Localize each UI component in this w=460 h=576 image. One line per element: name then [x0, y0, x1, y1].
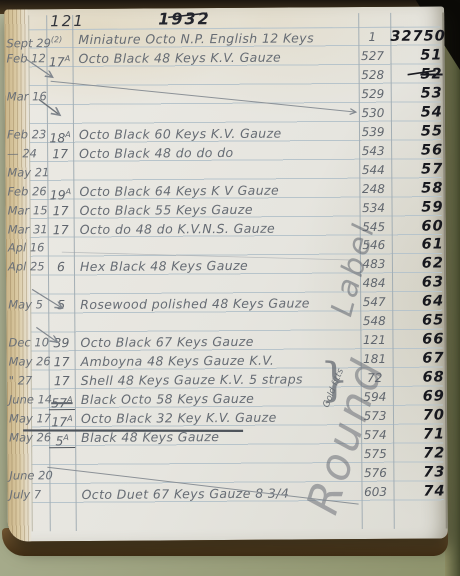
- row-qty-text: 6: [57, 260, 65, 275]
- row-serial: 575: [359, 445, 391, 464]
- row-label-text: 65: [422, 313, 444, 329]
- row-serial-text: 574: [364, 428, 387, 442]
- row-label-text: 61: [422, 237, 444, 253]
- row-desc: Octo Black 67 Keys Gauze: [80, 332, 253, 352]
- row-label-text: 63: [422, 275, 444, 291]
- row-serial-text: 528: [361, 68, 384, 82]
- row-serial-text: 527: [361, 49, 384, 63]
- row-serial-text: 1: [368, 30, 376, 44]
- row-label-text: 67: [422, 351, 444, 367]
- row-desc: Octo do 48 do K.V.N.S. Gauze: [80, 218, 276, 238]
- row-label: 74: [393, 482, 447, 501]
- row-qty: 17A: [46, 49, 72, 68]
- row-label-text: 70: [423, 407, 445, 423]
- row-desc-text: Octo Black 32 Key K.V. Gauze: [81, 410, 277, 426]
- row-label: 53: [391, 84, 445, 103]
- row-qty-text: 17: [54, 354, 70, 369]
- row-qty: 17: [47, 201, 73, 220]
- row-date-text: — 24: [7, 146, 37, 160]
- row-serial-text: 529: [361, 87, 384, 101]
- row-date: May 21: [7, 163, 53, 182]
- row-qty: 39: [48, 333, 74, 352]
- row-label: 59: [391, 198, 445, 217]
- row-date: Mar 16: [7, 87, 53, 106]
- row-label-text: 64: [422, 294, 444, 310]
- row-qty: 5: [48, 295, 74, 314]
- row-serial-text: 547: [363, 295, 386, 309]
- row-qty-text: 17: [49, 54, 65, 69]
- row-label: 73: [393, 463, 447, 482]
- row-label-text: 32750: [390, 28, 446, 44]
- row-date-text: " 27: [9, 373, 33, 387]
- row-label-text: 51: [420, 47, 442, 63]
- row-desc-text: Hex Black 48 Keys Gauze: [80, 258, 248, 274]
- row-desc-text: Octo Black 55 Keys Gauze: [79, 201, 252, 217]
- row-qty-text: 39: [53, 335, 69, 350]
- row-date-text: May 21: [7, 165, 49, 179]
- row-serial: 603: [359, 483, 391, 502]
- row-desc: Amboyna 48 Keys Gauze K.V.: [81, 351, 275, 371]
- row-label-text: 53: [421, 85, 443, 101]
- row-label-text: 71: [423, 426, 445, 442]
- row-desc-text: Black 48 Keys Gauze: [81, 429, 219, 445]
- row-serial-text: 594: [363, 390, 386, 404]
- row-qty: 6: [48, 257, 74, 276]
- row-qty-superscript: A: [65, 130, 71, 139]
- row-qty-superscript: A: [63, 433, 69, 442]
- row-label: 32750: [390, 27, 444, 46]
- row-label: 63: [392, 274, 446, 293]
- row-qty-text: 17: [54, 373, 70, 388]
- row-qty-superscript: A: [66, 187, 72, 196]
- row-serial: 594: [359, 388, 391, 407]
- row-desc: Octo Black 48 do do do: [79, 143, 234, 163]
- row-date-text: Feb 26: [7, 184, 46, 198]
- row-qty: 17A: [49, 409, 75, 428]
- row-qty-text: 17: [53, 203, 69, 218]
- row-desc: Rosewood polished 48 Keys Gauze: [80, 294, 310, 315]
- row-serial-text: 548: [363, 314, 386, 328]
- row-desc-text: Octo Black 67 Keys Gauze: [80, 334, 253, 350]
- row-label: 65: [392, 312, 446, 331]
- row-serial: 543: [357, 142, 389, 161]
- row-serial: 529: [357, 85, 389, 104]
- row-label-text: 72: [423, 445, 445, 461]
- row-date-text: July 7: [9, 487, 41, 501]
- row-date-text: Feb 23: [7, 127, 46, 141]
- row-desc-text: Octo Black 60 Keys K.V. Gauze: [79, 125, 282, 141]
- row-serial: 527: [356, 47, 388, 66]
- row-label-text: 66: [422, 332, 444, 348]
- row-serial-text: 545: [362, 219, 385, 233]
- row-serial: 530: [357, 104, 389, 123]
- row-desc: Octo Black 55 Keys Gauze: [79, 199, 252, 219]
- row-label-text: 57: [421, 161, 443, 177]
- row-label: 56: [391, 141, 445, 160]
- row-desc-text: Miniature Octo N.P. English 12 Keys: [78, 30, 314, 47]
- row-label: 52: [391, 65, 445, 84]
- row-qty: 17: [49, 371, 75, 390]
- row-serial: 544: [357, 160, 389, 179]
- row-qty-text: 17: [52, 146, 68, 161]
- row-desc-text: Rosewood polished 48 Keys Gauze: [80, 296, 310, 313]
- row-label: 67: [393, 350, 447, 369]
- row-serial-text: 546: [362, 238, 385, 252]
- row-qty-superscript: A: [65, 54, 71, 63]
- row-label: 57: [391, 160, 445, 179]
- row-serial: 248: [357, 179, 389, 198]
- row-serial-text: 576: [364, 466, 387, 480]
- row-label-text: 58: [421, 180, 443, 196]
- row-qty: 5A: [49, 428, 75, 448]
- row-serial-text: 72: [367, 371, 382, 385]
- row-desc: Octo Black 32 Key K.V. Gauze: [81, 408, 277, 428]
- row-qty: 17: [48, 220, 74, 239]
- row-date: Apl 16: [8, 239, 54, 258]
- row-desc-text: Octo Black 48 Keys K.V. Gauze: [78, 50, 281, 66]
- row-desc: Octo Duet 67 Keys Gauze 8 3/4: [81, 483, 289, 503]
- row-date-text: Apl 16: [8, 241, 45, 255]
- row-date-text: May 17: [9, 411, 51, 425]
- row-label: 66: [392, 331, 446, 350]
- row-label: 55: [391, 122, 445, 141]
- row-desc: Octo Black 48 Keys K.V. Gauze: [78, 48, 281, 68]
- row-date-text: May 26: [9, 430, 51, 444]
- row-date-text: Dec 10: [8, 335, 49, 349]
- row-label: 54: [391, 103, 445, 122]
- row-qty: 19A: [47, 182, 73, 201]
- row-label-text: 54: [421, 104, 443, 120]
- row-label-text: 55: [421, 123, 443, 139]
- row-desc: Black 48 Keys Gauze: [81, 427, 219, 447]
- row-desc: Octo Black 60 Keys K.V. Gauze: [79, 123, 282, 143]
- row-serial-text: 603: [364, 485, 387, 499]
- row-date-text: May 26: [9, 354, 51, 368]
- row-qty: 57A: [49, 390, 75, 410]
- row-serial: 574: [359, 426, 391, 445]
- row-desc: Octo Black 64 Keys K V Gauze: [79, 180, 279, 200]
- row-label-text: 52: [420, 66, 442, 82]
- row-serial-text: 543: [362, 144, 385, 158]
- row-label-text: 68: [422, 370, 444, 386]
- row-qty: 17: [49, 352, 75, 371]
- row-label-text: 62: [422, 256, 444, 272]
- row-serial-text: 121: [363, 333, 386, 347]
- row-serial: 576: [359, 464, 391, 483]
- row-serial-text: 181: [363, 352, 386, 366]
- row-label-text: 56: [421, 142, 443, 158]
- row-label: 62: [392, 255, 446, 274]
- row-serial: 546: [358, 236, 390, 255]
- row-label: 64: [392, 293, 446, 312]
- row-date: Sept 29(2): [6, 30, 52, 49]
- row-label: 71: [393, 425, 447, 444]
- row-serial-text: 530: [361, 106, 384, 120]
- row-date-text: Mar 15: [7, 203, 47, 217]
- row-date-text: June 20: [9, 468, 52, 482]
- row-label: 70: [393, 406, 447, 425]
- row-date-text: Feb 12: [6, 51, 45, 65]
- row-serial-text: 539: [362, 125, 385, 139]
- row-desc: Shell 48 Keys Gauze K.V. 5 straps: [81, 370, 303, 391]
- row-date: June 20: [9, 466, 55, 485]
- row-serial: 181: [359, 350, 391, 369]
- row-label-text: 69: [423, 389, 445, 405]
- row-desc-text: Amboyna 48 Keys Gauze K.V.: [81, 353, 275, 369]
- row-serial: 547: [358, 293, 390, 312]
- row-qty-text: 5: [57, 297, 65, 312]
- row-serial: 528: [357, 66, 389, 85]
- row-label-text: 59: [421, 199, 443, 215]
- row-serial-text: 544: [362, 163, 385, 177]
- row-serial-text: 484: [363, 276, 386, 290]
- row-label: 61: [392, 236, 446, 255]
- row-label: 68: [393, 369, 447, 388]
- row-serial: 72: [359, 369, 391, 388]
- row-serial-text: 573: [363, 409, 386, 423]
- row-serial-text: 248: [362, 181, 385, 195]
- row-date-text: Apl 25: [8, 260, 45, 274]
- row-label: 72: [393, 444, 447, 463]
- row-label-text: 74: [423, 483, 445, 499]
- row-serial: 1: [356, 28, 388, 47]
- row-serial: 534: [357, 198, 389, 217]
- row-desc-text: Octo Black 48 do do do: [79, 145, 234, 161]
- row-date-text: Mar 31: [8, 222, 48, 236]
- row-label-text: 60: [421, 218, 443, 234]
- row-desc-text: Octo Black 64 Keys K V Gauze: [79, 182, 279, 198]
- row-date-text: June 14: [9, 392, 52, 406]
- row-qty-superscript: A: [67, 395, 73, 404]
- row-desc: Hex Black 48 Keys Gauze: [80, 256, 248, 276]
- row-qty-superscript: A: [67, 414, 73, 423]
- page-number: 121: [50, 12, 85, 30]
- row-label: 60: [392, 217, 446, 236]
- row-desc-text: Octo Duet 67 Keys Gauze 8 3/4: [81, 485, 289, 501]
- row-serial-text: 483: [362, 257, 385, 271]
- row-date-superscript: (2): [51, 35, 62, 44]
- row-label: 58: [391, 179, 445, 198]
- row-qty: 18A: [47, 125, 73, 144]
- row-date-text: May 5: [8, 298, 43, 312]
- row-serial: 483: [358, 255, 390, 274]
- row-desc-text: Octo do 48 do K.V.N.S. Gauze: [80, 220, 276, 236]
- year-heading: 1932: [158, 9, 211, 28]
- row-desc-text: Shell 48 Keys Gauze K.V. 5 straps: [81, 372, 303, 389]
- row-qty-text: 17: [53, 222, 69, 237]
- row-serial-text: 575: [364, 447, 387, 461]
- row-serial: 573: [359, 407, 391, 426]
- row-serial: 539: [357, 123, 389, 142]
- row-serial: 121: [358, 331, 390, 350]
- row-label-text: 73: [423, 464, 445, 480]
- row-desc: Black Octo 58 Keys Gauze: [81, 389, 254, 409]
- row-label: 51: [390, 46, 444, 65]
- ledger-page: 121 1932 Sept 29(2)Miniature Octo N.P. E…: [4, 6, 448, 541]
- row-serial: 545: [358, 217, 390, 236]
- row-qty: 17: [47, 144, 73, 163]
- row-serial: 548: [358, 312, 390, 331]
- row-date: July 7: [9, 485, 55, 504]
- row-desc-text: Black Octo 58 Keys Gauze: [81, 391, 254, 407]
- ledger-photo: 121 1932 Sept 29(2)Miniature Octo N.P. E…: [0, 0, 460, 576]
- row-serial-text: 534: [362, 200, 385, 214]
- row-serial: 484: [358, 274, 390, 293]
- row-date-text: Mar 16: [7, 89, 47, 103]
- row-label: 69: [393, 388, 447, 407]
- row-desc: Miniature Octo N.P. English 12 Keys: [78, 28, 314, 49]
